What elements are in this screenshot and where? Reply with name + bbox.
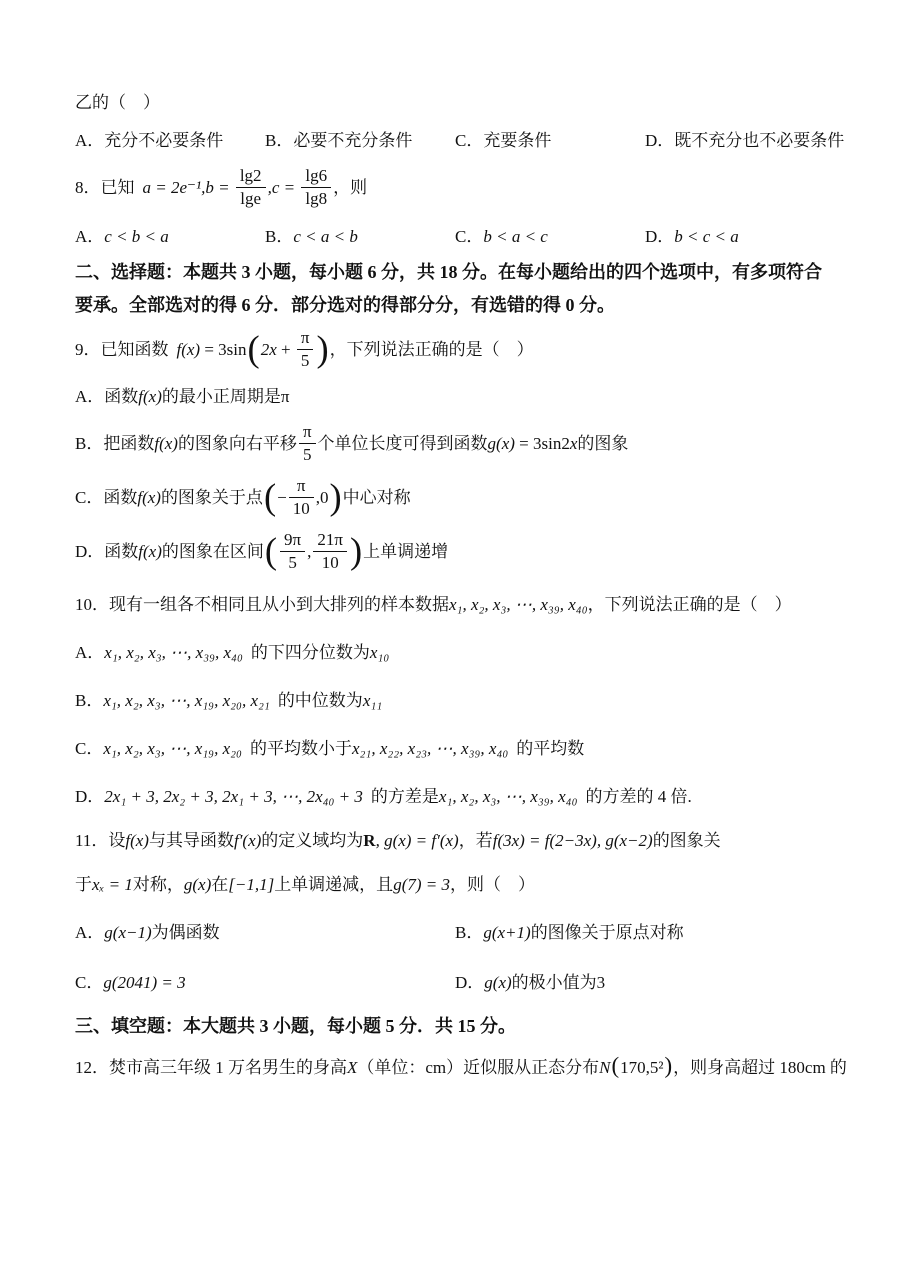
q8-math-c-lead: c =: [272, 178, 300, 197]
q9-option-d-label: D．: [75, 542, 104, 561]
q9-option-b-fraction-den: 5: [299, 444, 316, 465]
q11-m2: f′(x): [234, 831, 261, 850]
q12-stem: 12．焚市高三年级 1 万名男生的身高X（单位：cm）近似服从正态分布N(170…: [75, 1055, 836, 1081]
q9-option-d-c2: 的图象在区间: [162, 542, 264, 561]
q10-option-d-m1: 2x₁ + 3, 2x₂ + 3, 2x₁ + 3, ⋯, 2x₄₀ + 3: [104, 787, 363, 806]
q9-option-c: C．函数f(x)的图象关于点(−π10,0)中心对称: [75, 478, 836, 520]
q9-plus: +: [277, 340, 295, 359]
q8-option-a-label: A．: [75, 227, 104, 246]
q10-option-c-c2: 的平均数: [516, 739, 584, 758]
q11-option-d: D．g(x)的极小值为3: [455, 970, 605, 996]
q8-option-d-text: b < c < a: [674, 227, 739, 246]
q9-stem: 9．已知函数f(x) = 3sin(2x + π5)，下列说法正确的是（ ）: [75, 330, 836, 372]
q7-option-a-text: 充分不必要条件: [104, 131, 223, 150]
q7-option-d-label: D．: [645, 131, 674, 150]
q11-l2-m3: [−1,1]: [228, 875, 274, 894]
q8-option-b-text: c < a < b: [293, 227, 358, 246]
q11-option-a-math: g(x−1): [104, 923, 151, 942]
q10-option-b-label: B．: [75, 691, 103, 710]
q8-option-a: A．c < b < a: [75, 224, 265, 250]
q11-l2-c4: 上单调递减，且: [274, 875, 393, 894]
q7-tail-line: 乙的（ ）: [75, 90, 836, 116]
q8-fraction-b-num: lg2: [236, 166, 266, 188]
q7-option-b-label: B．: [265, 131, 293, 150]
q7-option-a-label: A．: [75, 131, 104, 150]
q10-sequence: x₁, x₂, x₃, ⋯, x₃₉, x₄₀: [449, 595, 588, 614]
q9-option-b-eq: = 3sin2: [515, 434, 570, 453]
q11-option-d-label: D．: [455, 973, 484, 992]
q8-math-a: a = 2e⁻¹,: [143, 178, 206, 197]
q9-lead: 9．已知函数: [75, 340, 169, 359]
q9-option-b-c2: 的图象向右平移: [178, 434, 297, 453]
q9-option-c-c1: 函数: [103, 488, 137, 507]
q11-option-b: B．g(x+1)的图像关于原点对称: [455, 920, 684, 946]
q11-l2-c2: 对称，: [133, 875, 184, 894]
section3-header-text: 三、填空题：本大题共 3 小题，每小题 5 分．共 15 分。: [75, 1016, 516, 1036]
q10-option-a: A．x₁, x₂, x₃, ⋯, x₃₉, x₄₀的下四分位数为x₁₀: [75, 640, 836, 666]
q9-option-a-pi: π: [281, 387, 290, 406]
q7-tail-text: 乙的（ ）: [75, 93, 160, 112]
q10-option-a-c1: 的下四分位数为: [251, 643, 370, 662]
q7-option-b-text: 必要不充分条件: [293, 131, 412, 150]
q9-option-b-fx: f(x): [154, 434, 178, 453]
q9-option-c-c2: 的图象关于点: [161, 488, 263, 507]
q9-option-d-fraction1-den: 5: [280, 552, 305, 573]
section2-header-line2: 要承。全部选对的得 6 分．部分选对的得部分分，有选错的得 0 分。: [75, 289, 836, 322]
q10-stem: 10．现有一组各不相同且从小到大排列的样本数据x₁, x₂, x₃, ⋯, x₃…: [75, 592, 836, 618]
q9-option-b-c3: 个单位长度可得到函数: [318, 434, 488, 453]
q9-option-a-fx: f(x): [138, 387, 162, 406]
q8-option-c-text: b < a < c: [483, 227, 548, 246]
q8-option-c-label: C．: [455, 227, 483, 246]
q8-math-b-lead: b =: [205, 178, 233, 197]
q9-math-2x: 2x: [261, 340, 277, 359]
q9-option-a: A．函数f(x)的最小正周期是π: [75, 384, 836, 410]
q11-m4: f(3x) = f(2−3x), g(x−2): [493, 831, 653, 850]
q9-option-d-fraction2: 21π10: [311, 530, 349, 572]
exam-page: 乙的（ ） A．充分不必要条件 B．必要不充分条件 C．充要条件 D．既不充分也…: [0, 0, 900, 1273]
q11-option-d-text: 的极小值为3: [512, 973, 606, 992]
q11-l2-m4: g(7) = 3: [393, 875, 450, 894]
q11-option-c-label: C．: [75, 973, 103, 992]
q7-option-c-text: 充要条件: [483, 131, 551, 150]
q11-lead: 11．设: [75, 831, 125, 850]
q9-option-d-fraction2-den: 10: [313, 552, 347, 573]
q8-lead: 8．已知: [75, 178, 135, 197]
q7-option-c: C．充要条件: [455, 128, 645, 154]
q12-c1: （单位：cm）近似服从正态分布: [357, 1058, 599, 1077]
q9-option-c-minus: −: [277, 488, 287, 507]
q9-option-c-fraction: π10: [287, 476, 316, 518]
q11-c3: ，若: [459, 831, 493, 850]
q11-l2-c3: 在: [211, 875, 228, 894]
q9-option-b-gx: g(x): [488, 434, 515, 453]
q8-tail: ，则: [333, 178, 367, 197]
q11-option-b-label: B．: [455, 923, 483, 942]
q8-fraction-c-den: lg8: [301, 188, 331, 209]
q11-option-d-math: g(x): [484, 973, 511, 992]
q7-option-a: A．充分不必要条件: [75, 128, 265, 154]
q9-option-d-fx: f(x): [138, 542, 162, 561]
q9-option-d-fraction2-num: 21π: [313, 530, 347, 552]
q9-option-c-after: ,0: [316, 488, 329, 507]
q10-option-c-label: C．: [75, 739, 103, 758]
q11-options-row-cd: C．g(2041) = 3 D．g(x)的极小值为3: [75, 970, 836, 996]
section2-header: 二、选择题：本题共 3 小题，每小题 6 分，共 18 分。在每小题给出的四个选…: [75, 256, 836, 322]
q9-tail: ，下列说法正确的是（ ）: [330, 340, 534, 359]
q9-eq-3sin: = 3sin: [200, 340, 246, 359]
q10-option-d-label: D．: [75, 787, 104, 806]
q10-option-c-m2: x₂₁, x₂₂, x₂₃, ⋯, x₃₉, x₄₀: [352, 739, 508, 758]
q10-option-b-m1: x₁, x₂, x₃, ⋯, x₁₉, x₂₀, x₂₁: [103, 691, 269, 710]
q12-lead: 12．焚市高三年级 1 万名男生的身高: [75, 1058, 347, 1077]
q9-option-c-c3: 中心对称: [343, 488, 411, 507]
q11-l2-c5: ，则（ ）: [450, 875, 535, 894]
q10-option-a-label: A．: [75, 643, 104, 662]
q10-option-b-c1: 的中位数为: [278, 691, 363, 710]
q9-option-a-label: A．: [75, 387, 104, 406]
q11-option-a-text: 为偶函数: [152, 923, 220, 942]
q10-option-a-m1: x₁, x₂, x₃, ⋯, x₃₉, x₄₀: [104, 643, 243, 662]
q11-stem-line1: 11．设f(x)与其导函数f′(x)的定义域均为R, g(x) = f′(x)，…: [75, 828, 836, 854]
q11-option-a-label: A．: [75, 923, 104, 942]
q9-option-c-label: C．: [75, 488, 103, 507]
q9-option-c-fraction-den: 10: [289, 498, 314, 519]
q7-option-d-text: 既不充分也不必要条件: [674, 131, 844, 150]
q11-set-r: R: [363, 831, 375, 850]
q12-math-x: X: [347, 1058, 357, 1077]
q10-option-d-c2: 的方差的 4 倍.: [586, 787, 692, 806]
q8-option-c: C．b < a < c: [455, 224, 645, 250]
q8-option-b-label: B．: [265, 227, 293, 246]
q11-stem-line2: 于xₓ = 1对称，g(x)在[−1,1]上单调递减，且g(7) = 3，则（ …: [75, 872, 836, 898]
q8-fraction-c: lg6lg8: [299, 166, 333, 208]
q9-fraction-den: 5: [297, 350, 314, 371]
q10-option-c-c1: 的平均数小于: [250, 739, 352, 758]
q11-c2: 的定义域均为: [261, 831, 363, 850]
q9-option-b-c1: 把函数: [103, 434, 154, 453]
q9-fraction-num: π: [297, 328, 314, 350]
q9-option-c-fx: f(x): [137, 488, 161, 507]
q7-option-c-label: C．: [455, 131, 483, 150]
q8-fraction-b: lg2lge: [234, 166, 268, 208]
q9-option-b-fraction: π5: [297, 422, 318, 464]
q11-c1: 与其导函数: [149, 831, 234, 850]
q9-option-d: D．函数f(x)的图象在区间(9π5,21π10)上单调递增: [75, 532, 836, 574]
q11-l2-m2: g(x): [184, 875, 211, 894]
q9-option-b-label: B．: [75, 434, 103, 453]
q11-m1: f(x): [125, 831, 149, 850]
q8-option-d: D．b < c < a: [645, 224, 739, 250]
q11-l2-m1: xₓ = 1: [92, 875, 133, 894]
q9-option-d-fraction1: 9π5: [278, 530, 307, 572]
q10-option-d-c1: 的方差是: [371, 787, 439, 806]
q8-stem: 8．已知a = 2e⁻¹,b = lg2lge,c = lg6lg8，则: [75, 168, 836, 210]
q10-option-c: C．x₁, x₂, x₃, ⋯, x₁₉, x₂₀的平均数小于x₂₁, x₂₂,…: [75, 736, 836, 762]
q12-inner: 170,5²: [620, 1058, 663, 1077]
q9-option-a-c1: 函数: [104, 387, 138, 406]
q7-option-b: B．必要不充分条件: [265, 128, 455, 154]
q8-option-b: B．c < a < b: [265, 224, 455, 250]
q9-fraction: π5: [295, 328, 316, 370]
q10-tail: ，下列说法正确的是（ ）: [588, 595, 792, 614]
q10-option-b: B．x₁, x₂, x₃, ⋯, x₁₉, x₂₀, x₂₁的中位数为x₁₁: [75, 688, 836, 714]
q11-c4: 的图象关: [653, 831, 721, 850]
q9-option-d-c3: 上单调递增: [363, 542, 448, 561]
q8-option-d-label: D．: [645, 227, 674, 246]
q10-option-b-m2: x₁₁: [363, 691, 382, 710]
q11-option-c: C．g(2041) = 3: [75, 970, 455, 996]
q10-lead: 10．现有一组各不相同且从小到大排列的样本数据: [75, 595, 449, 614]
q9-option-a-c2: 的最小正周期是: [162, 387, 281, 406]
q10-option-d: D．2x₁ + 3, 2x₂ + 3, 2x₁ + 3, ⋯, 2x₄₀ + 3…: [75, 784, 836, 810]
q9-math-fx: f(x): [177, 340, 201, 359]
q10-option-a-m2: x₁₀: [370, 643, 389, 662]
q11-l2-c1: 于: [75, 875, 92, 894]
q8-option-a-text: c < b < a: [104, 227, 169, 246]
section2-header-line1: 二、选择题：本题共 3 小题，每小题 6 分，共 18 分。在每小题给出的四个选…: [75, 256, 836, 289]
q10-option-d-m2: x₁, x₂, x₃, ⋯, x₃₉, x₄₀: [439, 787, 578, 806]
q9-option-b-fraction-num: π: [299, 422, 316, 444]
q7-option-d: D．既不充分也不必要条件: [645, 128, 844, 154]
q9-option-c-fraction-num: π: [289, 476, 314, 498]
q8-fraction-c-num: lg6: [301, 166, 331, 188]
q11-m3: , g(x) = f′(x): [376, 831, 459, 850]
q8-fraction-b-den: lge: [236, 188, 266, 209]
q9-option-d-fraction1-num: 9π: [280, 530, 305, 552]
section3-header: 三、填空题：本大题共 3 小题，每小题 5 分．共 15 分。: [75, 1010, 836, 1043]
q11-option-b-math: g(x+1): [483, 923, 530, 942]
q12-math-n: N: [599, 1058, 610, 1077]
q7-options-row: A．充分不必要条件 B．必要不充分条件 C．充要条件 D．既不充分也不必要条件: [75, 128, 836, 154]
q11-option-c-math: g(2041) = 3: [103, 973, 185, 992]
q11-option-a: A．g(x−1)为偶函数: [75, 920, 455, 946]
q11-options-row-ab: A．g(x−1)为偶函数 B．g(x+1)的图像关于原点对称: [75, 920, 836, 946]
q11-option-b-text: 的图像关于原点对称: [531, 923, 684, 942]
q10-option-c-m1: x₁, x₂, x₃, ⋯, x₁₉, x₂₀: [103, 739, 242, 758]
q9-option-b: B．把函数f(x)的图象向右平移π5个单位长度可得到函数g(x) = 3sin2…: [75, 424, 836, 466]
q9-option-b-c4: 的图象: [577, 434, 628, 453]
q12-c2: ，则身高超过 180cm 的: [673, 1058, 847, 1077]
q8-options-row: A．c < b < a B．c < a < b C．b < a < c D．b …: [75, 224, 836, 250]
q9-option-d-c1: 函数: [104, 542, 138, 561]
